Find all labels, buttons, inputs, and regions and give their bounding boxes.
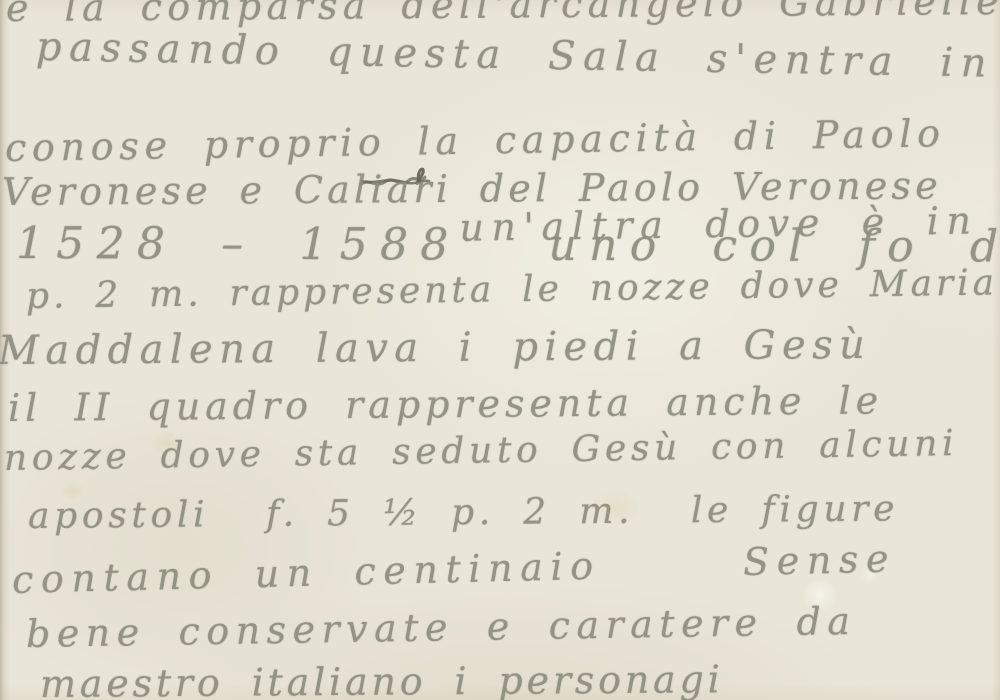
manuscript-page: e la comparsa dell'arcangelo Gabrielle p… bbox=[0, 0, 1000, 700]
handwriting-line-11: apostoli f. 5 ½ p. 2 m. le figure bbox=[28, 488, 899, 537]
handwriting-line-10: nozze dove sta seduto Gesù con alcuni bbox=[4, 423, 959, 479]
handwriting-line-5: Veronese e Caliari del Paolo Veronese bbox=[2, 163, 942, 214]
handwriting-line-13: bene conservate e caratere da bbox=[26, 599, 857, 656]
handwriting-line-14: maestro italiano i personagi bbox=[40, 657, 724, 700]
handwriting-line-8: Maddalena lava i piedi a Gesù bbox=[0, 322, 871, 374]
handwriting-line-9: il II quadro rappresenta anche le bbox=[8, 378, 883, 430]
handwriting-line-12: contano un centinaio Sense bbox=[11, 536, 896, 602]
